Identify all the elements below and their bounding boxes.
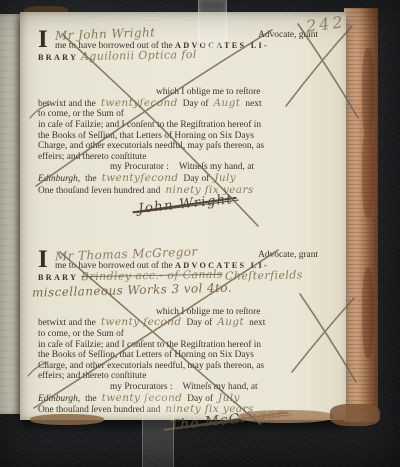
cancelled-signature: John Wright [138,194,234,214]
printed-day-of: Day of [183,99,209,110]
return-month-handwritten: Augt [214,98,241,109]
printed-next: next [249,318,265,329]
printed-library-brary: BRARY [38,273,78,282]
printed-failzie-4: effeirs; and thereto conſtitute [38,152,318,163]
ledger-page: I Mr John Wright Advocate, grant me to h… [20,12,346,420]
return-day-handwritten: twenty ſecond [101,317,182,328]
printed-witness: Witneſs my hand, at [183,382,258,393]
printed-library-brary: BRARY [38,53,78,62]
printed-the: the [85,394,96,405]
printed-failzie-2: the Books of Seſſion, that Letters of Ho… [38,350,318,361]
printed-failzie-3: Charge, and other executorials needful, … [38,141,318,152]
printed-betwixt: betwixt and the [38,99,96,110]
facing-page-sliver [0,14,22,414]
torn-page-corner [330,404,380,426]
printed-failzie-1: in caſe of Failzie; and I conſent to the… [38,120,318,131]
printed-day-of: Day of [186,318,212,329]
printed-to-come: to come, or the Sum of [38,329,318,340]
printed-procurator: my Procurators : [110,382,173,393]
dropcap-initial: I [38,29,48,51]
translucent-holding-strap-bottom [142,392,174,467]
printed-one-thousand: One thouſand ſeven hundred and [38,186,160,197]
book-fore-edge [344,8,378,422]
photographed-library-ledger: I Mr John Wright Advocate, grant me to h… [0,0,400,467]
printed-to-come: to come, or the Sum of [38,109,318,120]
book-title-handwritten: Aguilonii Optica fol [81,50,197,63]
sign-month-handwritten: July [214,173,236,184]
printed-failzie-4: effeirs; and thereto conſtitute [38,371,318,382]
printed-next: next [245,99,261,110]
printed-betwixt: betwixt and the [38,318,96,329]
borrower-name-handwritten: Mr John Wright [55,28,156,42]
torn-page-edge [30,414,104,425]
printed-grant-suffix: Advocate, grant [258,250,318,261]
printed-failzie-3: Charge, and other executorials needful, … [38,361,318,372]
dropcap-initial: I [38,249,48,271]
sign-day-handwritten: twentyſecond [102,173,179,184]
printed-failzie-2: the Books of Seſſion, that Letters of Ho… [38,131,318,142]
borrow-entry-1: I Mr John Wright Advocate, grant me to h… [38,26,318,212]
translucent-holding-strap-top [198,0,227,48]
printed-edinburgh: Edinburgh, [38,174,80,185]
return-day-handwritten: twentyſecond [101,98,178,109]
torn-page-edge [238,410,334,423]
return-month-handwritten: Augt [217,317,244,328]
printed-the: the [85,174,96,185]
printed-failzie-1: in caſe of Failzie; and I conſent to the… [38,340,318,351]
sign-month-handwritten: July [218,393,240,404]
printed-edinburgh: Edinburgh, [38,394,80,405]
printed-day-of-2: Day of [184,174,210,185]
borrow-entry-2: I Mr Thomas McGregor Advocate, grant me … [38,246,318,427]
